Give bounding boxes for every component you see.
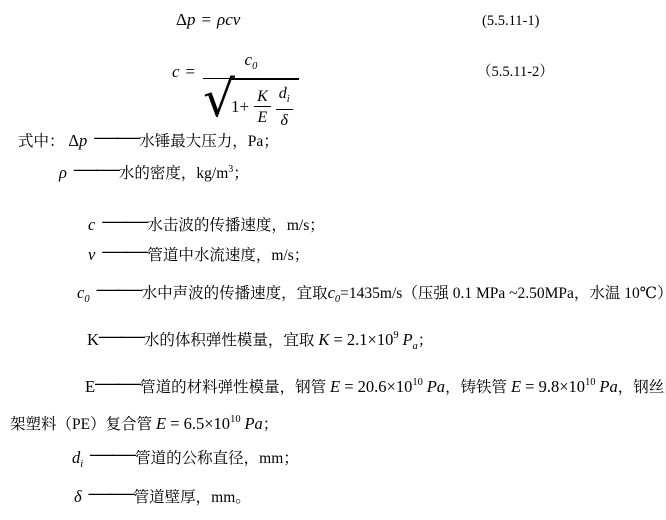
definition-text: 管道壁厚，mm。 [134, 489, 251, 506]
definition-line-delta: δ——管道壁厚，mm。 [74, 487, 251, 508]
definition-line-di: di——管道的公称直径，mm； [72, 448, 299, 475]
unit-Pa: Pa [599, 377, 617, 396]
definition-text: 水锤最大压力，Pa； [139, 133, 279, 150]
math-c: c [172, 62, 180, 81]
definition-text: 架塑料（PE）复合管 [10, 416, 152, 433]
definition-text: 水的密度，kg/m [119, 165, 228, 182]
where-label: 式中： [18, 133, 65, 150]
fraction-denominator: √ 1+ K E di δ [203, 79, 299, 129]
equation-number-2: （5.5.11-2） [477, 60, 554, 81]
unit-Pa: P [402, 330, 412, 349]
definition-line-K: K——水的体积弹性模量，宜取 K = 2.1×109 Pa； [87, 326, 433, 357]
value-1435: =1435m/s [340, 285, 402, 302]
math-K: K [318, 330, 329, 349]
math-E-steel: E [330, 377, 340, 396]
math-rho-c-v: ρcv [217, 10, 240, 29]
symbol-E: E [85, 377, 95, 396]
equals-sign: = [201, 10, 211, 29]
symbol-K: K [87, 330, 99, 349]
definition-line-delta-p: 式中： Δp——水锤最大压力，Pa； [18, 131, 279, 152]
value-E-steel: = 20.6×10 [340, 377, 412, 396]
definition-line-rho: ρ——水的密度，kg/m3； [59, 160, 249, 184]
equation-wave-speed: c= c0 √ 1+ K E di δ [172, 50, 299, 129]
math-E-cast-iron: E [511, 377, 521, 396]
definition-text: 管道的材料弹性模量，钢管 [140, 379, 326, 396]
main-fraction: c0 √ 1+ K E di δ [203, 50, 299, 129]
symbol-c: c [88, 215, 95, 234]
document-page: Δp=ρcv (5.5.11-1) c= c0 √ 1+ K E di [0, 0, 666, 520]
definition-line-E-continued: 架塑料（PE）复合管 E = 6.5×1010 Pa； [10, 410, 278, 435]
unit-Pa: Pa [244, 414, 262, 433]
symbol-v: v [88, 245, 95, 264]
symbol-delta: δ [74, 487, 82, 506]
radicand: 1+ K E di δ [229, 79, 299, 129]
definition-text: 管道中水流速度，m/s； [147, 247, 309, 264]
definition-line-c0: c0——水中声波的传播速度，宜取c0=1435m/s（压强 0.1 MPa ~2… [77, 283, 666, 310]
exponent-10: 10 [230, 414, 241, 425]
definition-line-c: c——水击波的传播速度，m/s； [88, 215, 325, 236]
fraction-K-E: K E [254, 87, 271, 126]
definition-text-2: ，铸铁管 [445, 379, 507, 396]
equation-number-1: (5.5.11-1) [482, 13, 539, 30]
fraction-di-delta: di δ [276, 84, 293, 129]
symbol-di: di [72, 450, 83, 467]
math-delta: Δ [176, 10, 187, 29]
equation2-lhs: c= [172, 62, 201, 82]
exponent-10: 10 [412, 377, 423, 388]
square-root: √ 1+ K E di δ [203, 79, 299, 129]
value-E-pe: = 6.5×10 [166, 414, 230, 433]
equation-water-hammer-pressure: Δp=ρcv [176, 10, 240, 30]
definition-text-2: （压强 0.1 MPa ~2.50MPa，水温 10℃）； [402, 285, 666, 302]
definition-text: 管道的公称直径，mm； [135, 450, 299, 467]
exponent-10: 10 [585, 377, 596, 388]
radicand-lead: 1+ [231, 97, 249, 117]
definition-text-3: ，钢丝网骨 [618, 379, 666, 396]
definition-text: 水的体积弹性模量，宜取 [144, 332, 315, 349]
definition-text: 水击波的传播速度，m/s； [147, 217, 324, 234]
definition-text: 水中声波的传播速度，宜取 [142, 285, 328, 302]
value-K: = 2.1×10 [329, 330, 393, 349]
symbol-rho: ρ [59, 163, 67, 182]
math-p: p [187, 10, 196, 29]
math-E-pe: E [156, 414, 166, 433]
exponent-9: 9 [393, 330, 398, 341]
equals-sign: = [186, 62, 196, 81]
symbol-c0: c0 [77, 285, 90, 302]
unit-Pa: Pa [427, 377, 445, 396]
definition-line-v: v——管道中水流速度，m/s； [88, 245, 309, 266]
symbol-delta-p: Δp [68, 133, 87, 150]
definition-line-E: E——管道的材料弹性模量，钢管 E = 20.6×1010 Pa，铸铁管 E =… [85, 373, 666, 398]
math-c0: c [328, 283, 335, 302]
value-E-cast-iron: = 9.8×10 [521, 377, 585, 396]
